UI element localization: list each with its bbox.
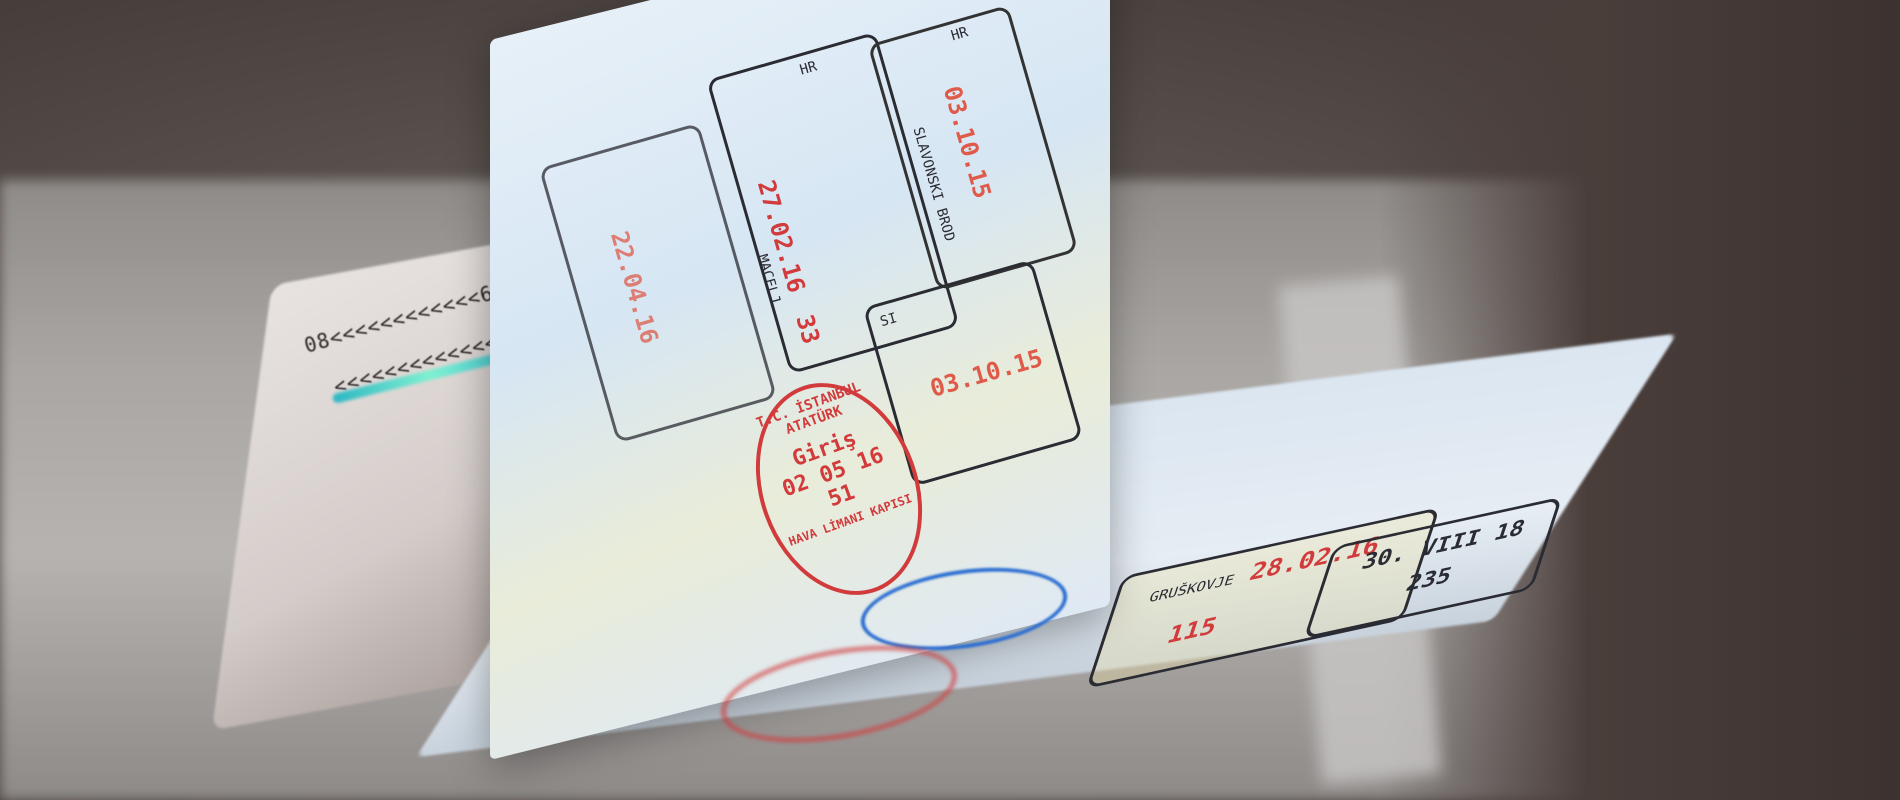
stamp-place: GRUŠKOVJE (1147, 572, 1236, 606)
stamp-country: HR (949, 24, 970, 44)
stamp-country: HR (798, 59, 819, 79)
stamp-country: SI (878, 310, 899, 330)
stamp-number: 235 (1403, 563, 1455, 597)
stamp-date: 03.10.15 (938, 83, 997, 202)
stamp-date: 22.04.16 (605, 228, 664, 347)
stamp-date: 03.10.15 (927, 344, 1046, 403)
stamp-number: 115 (1164, 612, 1221, 650)
stamp-number: 33 (790, 312, 825, 348)
